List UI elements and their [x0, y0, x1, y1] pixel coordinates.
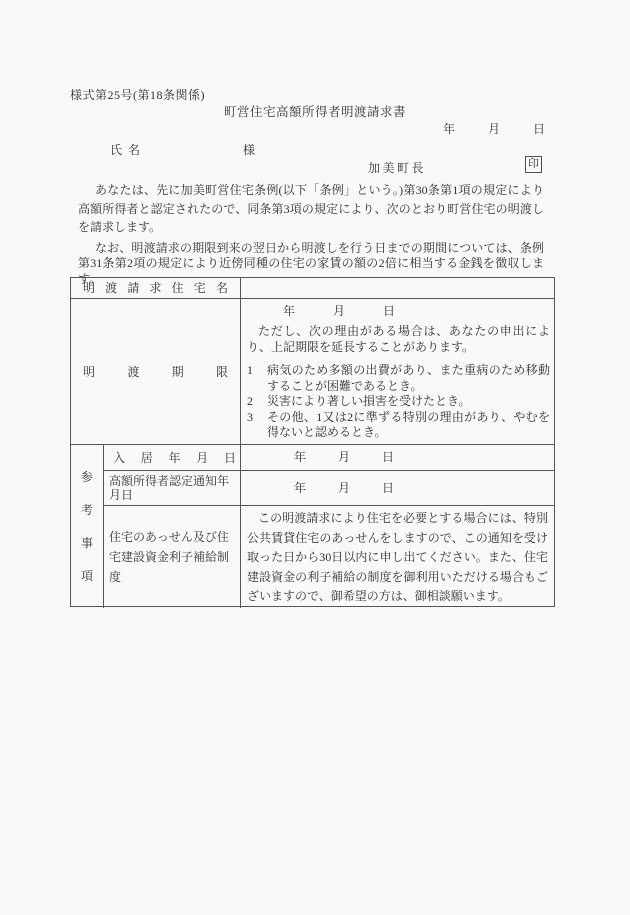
- honorific-label: 様: [243, 141, 255, 159]
- month-label: 月: [338, 450, 350, 465]
- year-label: 年: [283, 304, 295, 319]
- housing-assistance-value-cell: この明渡請求により住宅を必要とする場合には、特別公共賃貸住宅のあっせんをしますの…: [241, 506, 554, 608]
- housing-assistance-label: 住宅のあっせん及び住宅建設資金利子補給制度: [109, 527, 232, 587]
- day-label: 日: [382, 450, 394, 465]
- body-text: あなたは、先に加美町営住宅条例(以下「条例」という。)第30条第1項の規定により…: [78, 181, 544, 287]
- day-label: 日: [383, 304, 395, 319]
- notice-date-value-cell: 年 月 日: [241, 471, 554, 506]
- move-in-date: 年 月 日: [241, 445, 554, 470]
- document-page: 様式第25号(第18条関係) 町営住宅高額所得者明渡請求書 年 月 日 氏名 様…: [0, 0, 630, 915]
- issue-date: 年 月 日: [443, 120, 545, 138]
- extension-reason-list: 1 病気のため多額の出費があり、また重病のため移動することが困難であるとき。 2…: [247, 363, 550, 441]
- move-in-date-label: 入居年月日: [104, 449, 240, 467]
- item-text: その他、1又は2に準ずる特別の理由があり、やむを得ないと認めるとき。: [267, 410, 550, 441]
- notice-date: 年 月 日: [241, 471, 554, 505]
- housing-assistance-text: この明渡請求により住宅を必要とする場合には、特別公共賃貸住宅のあっせんをしますの…: [247, 509, 548, 607]
- month-label: 月: [338, 481, 350, 496]
- month-label: 月: [488, 120, 500, 138]
- notice-date-label-cell: 高額所得者認定通知年月日: [104, 471, 241, 506]
- requested-housing-name-label: 明渡請求住宅名: [71, 279, 240, 297]
- list-item: 3 その他、1又は2に準ずる特別の理由があり、やむを得ないと認めるとき。: [247, 410, 550, 441]
- item-text: 病気のため多額の出費があり、また重病のため移動することが困難であるとき。: [267, 363, 550, 394]
- page-title: 町営住宅高額所得者明渡請求書: [0, 103, 630, 122]
- year-label: 年: [443, 120, 455, 138]
- form-number: 様式第25号(第18条関係): [70, 86, 205, 104]
- housing-assistance-label-cell: 住宅のあっせん及び住宅建設資金利子補給制度: [104, 506, 241, 608]
- item-number: 1: [247, 363, 267, 394]
- surrender-deadline-label: 明渡期限: [71, 363, 240, 381]
- seal-mark-icon: 印: [525, 156, 542, 173]
- year-label: 年: [294, 481, 306, 496]
- move-in-date-value-cell: 年 月 日: [241, 445, 554, 471]
- day-label: 日: [382, 481, 394, 496]
- surrender-deadline-value-cell: 年 月 日 ただし、次の理由がある場合は、あなたの申出により、上記期限を延長する…: [241, 299, 554, 445]
- side-char: 事: [81, 534, 93, 552]
- paragraph-request: あなたは、先に加美町営住宅条例(以下「条例」という。)第30条第1項の規定により…: [78, 181, 544, 237]
- side-char: 参: [81, 468, 93, 486]
- side-char: 考: [81, 501, 93, 519]
- list-item: 1 病気のため多額の出費があり、また重病のため移動することが困難であるとき。: [247, 363, 550, 394]
- item-number: 2: [247, 394, 267, 410]
- side-char: 項: [81, 567, 93, 585]
- month-label: 月: [333, 304, 345, 319]
- mayor-name: 加美町長: [368, 159, 426, 177]
- addressee-name-label: 氏名: [110, 141, 146, 159]
- list-item: 2 災害により著しい損害を受けたとき。: [247, 394, 550, 410]
- surrender-deadline-date: 年 月 日: [247, 304, 550, 319]
- day-label: 日: [533, 120, 545, 138]
- requested-housing-name-value-cell: [241, 278, 554, 299]
- year-label: 年: [294, 450, 306, 465]
- deadline-extension-note: ただし、次の理由がある場合は、あなたの申出により、上記期限を延長することがありま…: [247, 324, 550, 355]
- move-in-date-label-cell: 入居年月日: [104, 445, 241, 471]
- reference-items-side-label: 参 考 事 項: [71, 445, 104, 608]
- surrender-deadline-label-cell: 明渡期限: [71, 299, 241, 445]
- notice-date-label: 高額所得者認定通知年月日: [109, 474, 232, 502]
- surrender-table: 明渡請求住宅名 明渡期限 年 月 日 ただし、次の理由がある場合は、あなたの申出…: [70, 277, 555, 607]
- item-text: 災害により著しい損害を受けたとき。: [267, 394, 550, 410]
- item-number: 3: [247, 410, 267, 441]
- requested-housing-name-label-cell: 明渡請求住宅名: [71, 278, 241, 299]
